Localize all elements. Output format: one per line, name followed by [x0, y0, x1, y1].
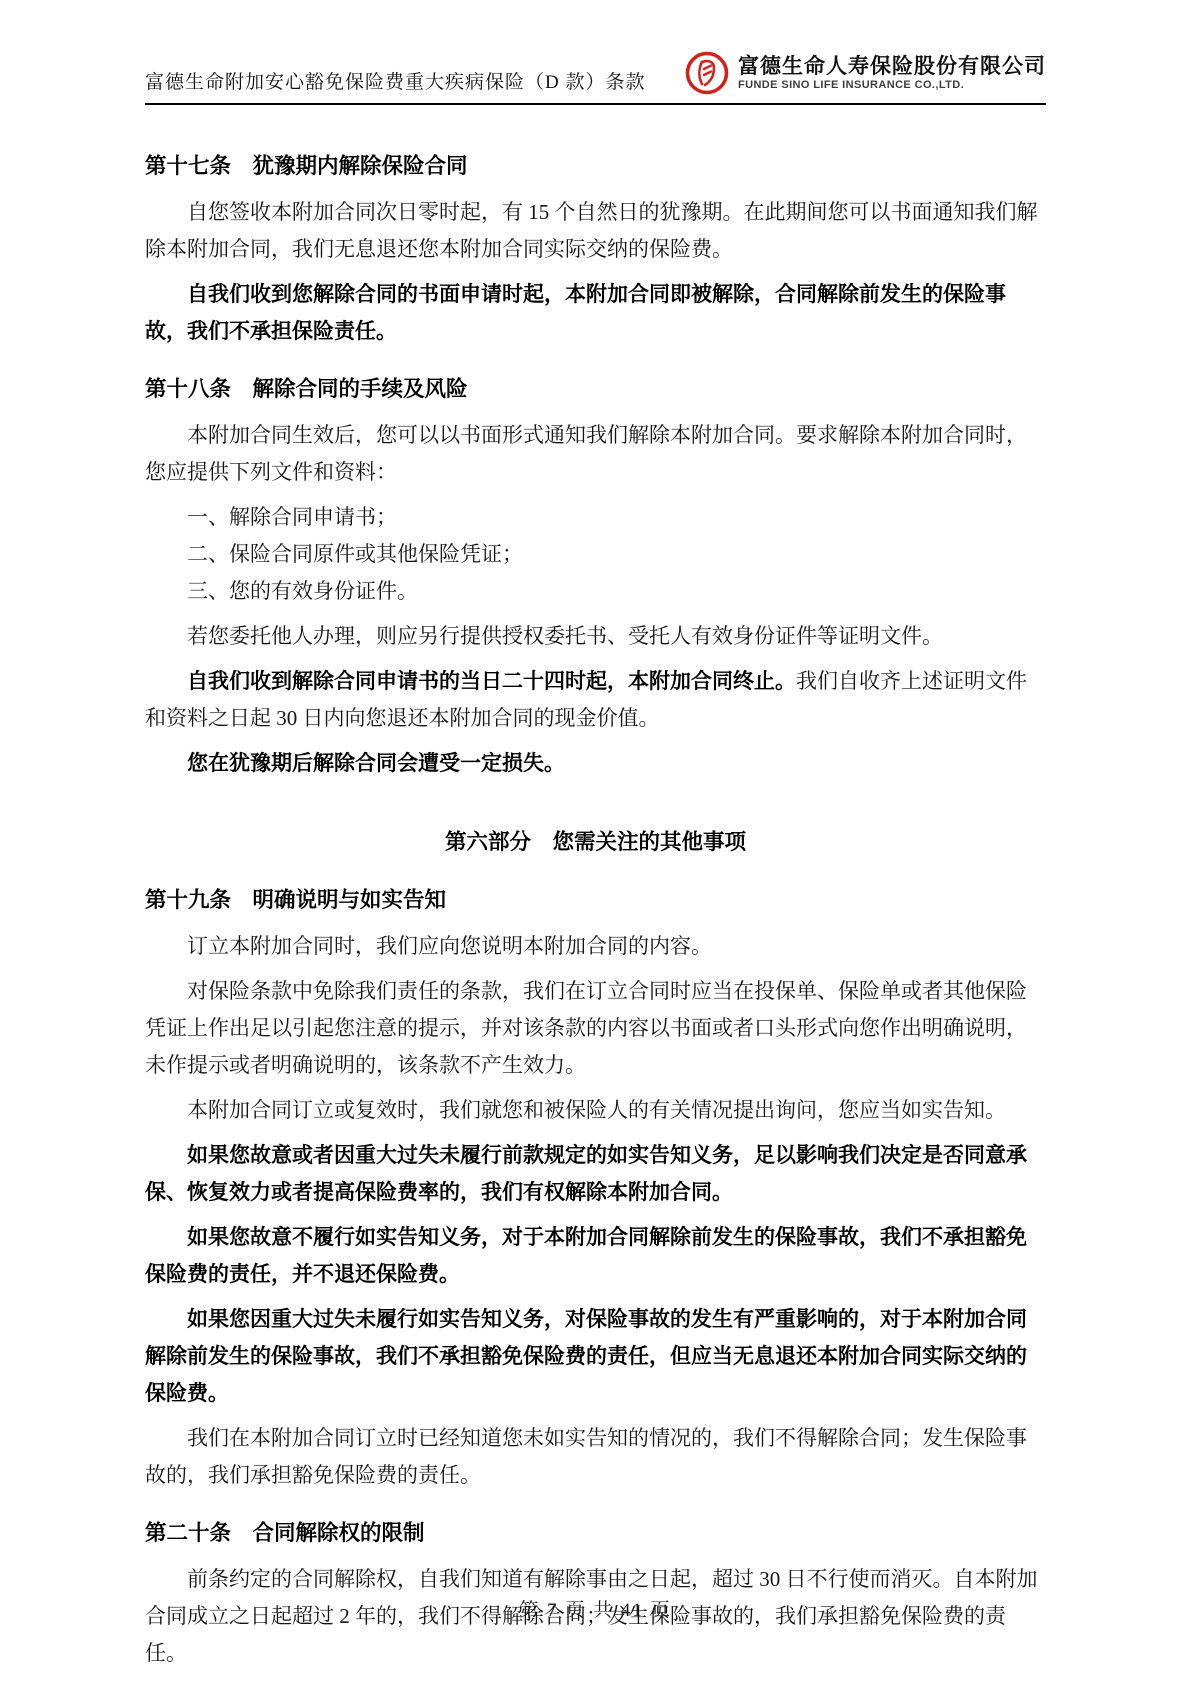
paragraph-bold-part: 自我们收到解除合同申请书的当日二十四时起，本附加合同终止。	[187, 670, 796, 693]
company-name-en: FUNDE SINO LIFE INSURANCE CO.,LTD.	[738, 80, 1046, 92]
article-number: 第二十条	[145, 1521, 231, 1545]
article-20-heading: 第二十条合同解除权的限制	[145, 1515, 1046, 1552]
paragraph-emphasized: 如果您故意或者因重大过失未履行前款规定的如实告知义务，足以影响我们决定是否同意承…	[145, 1137, 1046, 1211]
list-item-1: 一、解除合同申请书；	[145, 499, 1046, 536]
company-name-cn: 富德生命人寿保险股份有限公司	[738, 55, 1046, 77]
article-17-heading: 第十七条犹豫期内解除保险合同	[145, 148, 1046, 185]
paragraph: 我们在本附加合同订立时已经知道您未如实告知的情况的，我们不得解除合同；发生保险事…	[145, 1420, 1046, 1494]
article-title: 犹豫期内解除保险合同	[253, 154, 468, 178]
part-number: 第六部分	[445, 830, 531, 854]
paragraph-emphasized: 自我们收到您解除合同的书面申请时起，本附加合同即被解除，合同解除前发生的保险事故…	[145, 276, 1046, 350]
paragraph: 若您委托他人办理，则应另行提供授权委托书、受托人有效身份证件等证明文件。	[145, 618, 1046, 655]
part-6-title: 第六部分您需关注的其他事项	[145, 824, 1046, 861]
article-number: 第十九条	[145, 888, 231, 912]
doc-header: 富德生命附加安心豁免保险费重大疾病保险（D 款）条款 富德生命人寿保险股份有限公…	[145, 0, 1046, 105]
article-number: 第十八条	[145, 377, 231, 401]
part-name: 您需关注的其他事项	[553, 830, 747, 854]
paragraph: 自您签收本附加合同次日零时起，有 15 个自然日的犹豫期。在此期间您可以书面通知…	[145, 194, 1046, 268]
paragraph: 订立本附加合同时，我们应向您说明本附加合同的内容。	[145, 928, 1046, 965]
paragraph-mixed: 自我们收到解除合同申请书的当日二十四时起，本附加合同终止。我们自收齐上述证明文件…	[145, 663, 1046, 737]
article-title: 合同解除权的限制	[253, 1521, 425, 1545]
paragraph: 本附加合同订立或复效时，我们就您和被保险人的有关情况提出询问，您应当如实告知。	[145, 1092, 1046, 1129]
paragraph: 本附加合同生效后，您可以以书面形式通知我们解除本附加合同。要求解除本附加合同时，…	[145, 417, 1046, 491]
doc-title: 富德生命附加安心豁免保险费重大疾病保险（D 款）条款	[145, 67, 645, 96]
article-18-heading: 第十八条解除合同的手续及风险	[145, 371, 1046, 408]
paragraph: 对保险条款中免除我们责任的条款，我们在订立合同时应当在投保单、保险单或者其他保险…	[145, 973, 1046, 1084]
footer-page-number: 第 7 页 共 41 页	[0, 1595, 1191, 1622]
logo-text: 富德生命人寿保险股份有限公司 FUNDE SINO LIFE INSURANCE…	[738, 55, 1046, 92]
paragraph-emphasized: 如果您因重大过失未履行如实告知义务，对保险事故的发生有严重影响的，对于本附加合同…	[145, 1301, 1046, 1412]
article-title: 明确说明与如实告知	[253, 888, 447, 912]
list-item-2: 二、保险合同原件或其他保险凭证；	[145, 536, 1046, 573]
article-number: 第十七条	[145, 154, 231, 178]
document-body: 第十七条犹豫期内解除保险合同 自您签收本附加合同次日零时起，有 15 个自然日的…	[145, 105, 1046, 1672]
paragraph-emphasized: 如果您故意不履行如实告知义务，对于本附加合同解除前发生的保险事故，我们不承担豁免…	[145, 1219, 1046, 1293]
funde-seal-icon	[684, 50, 730, 96]
paragraph-emphasized: 您在犹豫期后解除合同会遭受一定损失。	[145, 745, 1046, 782]
list-item-3: 三、您的有效身份证件。	[145, 573, 1046, 610]
article-title: 解除合同的手续及风险	[253, 377, 468, 401]
document-page: 富德生命附加安心豁免保险费重大疾病保险（D 款）条款 富德生命人寿保险股份有限公…	[0, 0, 1191, 1684]
company-logo: 富德生命人寿保险股份有限公司 FUNDE SINO LIFE INSURANCE…	[684, 50, 1046, 96]
article-19-heading: 第十九条明确说明与如实告知	[145, 882, 1046, 919]
